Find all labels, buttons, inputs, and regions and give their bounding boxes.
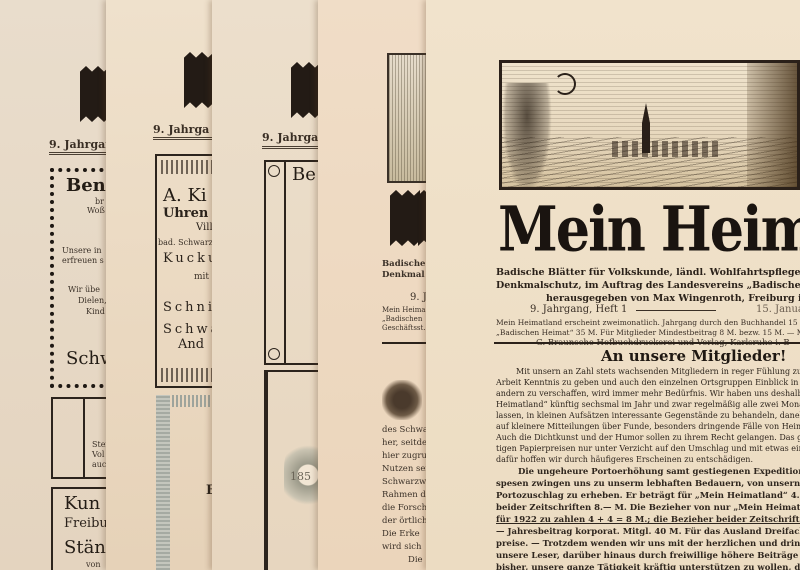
subtitle-line: Badische	[382, 259, 425, 269]
body-line: Auch die Dichtkunst und der Humor sollen…	[496, 433, 800, 442]
masthead-title: Mein Heimatland	[498, 192, 800, 266]
info-line: „Badischen	[382, 315, 422, 323]
masthead-fragment	[390, 190, 420, 246]
magazine-sheet-2: 9. Jahrga A. Ki Uhren Vill bad. Schwarzw…	[106, 0, 216, 570]
body-line: der örtlich	[382, 516, 428, 526]
ad-line: von	[86, 560, 101, 569]
ad-line: Freibur	[64, 516, 110, 531]
rule	[264, 370, 322, 373]
emblem-icon	[268, 348, 280, 360]
notice-line: spesen zwingen uns zu unserm lebhaften B…	[496, 479, 800, 489]
ad-line: Stän	[64, 537, 106, 558]
ad-line: Schwa	[163, 322, 216, 337]
body-line: tigen Papierpreisen nur unter Verzicht a…	[496, 444, 800, 453]
body-line: wird sich	[382, 542, 422, 552]
ad-line: erfreuen s	[62, 256, 104, 265]
magazine-sheet-4: Badische Denkmal 9. J Mein Heima „Badisc…	[318, 0, 430, 570]
body-line: Schwarzw	[382, 477, 426, 487]
landscape-illustration	[499, 60, 800, 190]
info-line: „Badischen Heimat“ 35 M. Für Mitglieder …	[496, 328, 800, 337]
info-line: Mein Heimatland erscheint zweimonatlich.…	[496, 318, 800, 327]
ad-line: Wir übe	[68, 285, 100, 294]
ad-line: Vol	[92, 450, 104, 459]
body-line: des Schwa	[382, 425, 428, 435]
rule	[153, 137, 216, 140]
ad-line: Vill	[196, 222, 213, 233]
ad-box	[264, 160, 322, 365]
subtitle-line: herausgegeben von Max Wingenroth, Freibu…	[546, 293, 800, 304]
body-line: Nutzen sei	[382, 464, 428, 474]
ad-line: Schw	[66, 348, 110, 369]
body-line: Die	[408, 555, 423, 565]
issue-label: 9. J	[410, 292, 427, 303]
willow-illustration	[747, 63, 797, 190]
body-line: dafür hoffen wir durch häufigeres Ersche…	[496, 455, 753, 464]
ad-line: Kun	[64, 493, 100, 514]
notice-line: bisher, unsere ganze Tätigkeit kräftig u…	[496, 563, 800, 570]
notice-line: preise. — Trotzdem wenden wir uns mit de…	[496, 539, 800, 549]
ad-line: Kucku	[163, 251, 216, 266]
double-rule	[264, 372, 268, 570]
issue-label: 9. Jahrga	[153, 123, 209, 136]
info-line: Geschäftsst.	[382, 324, 426, 332]
emblem-icon	[268, 165, 280, 177]
ad-line: br	[95, 197, 104, 206]
ad-title: Ben	[66, 175, 106, 196]
body-line: lassen, in kleinen Aufsätzen interessant…	[496, 411, 800, 420]
body-line: Mit unsern an Zahl stets wachsenden Mitg…	[516, 367, 800, 376]
section-heading: An unsere Mitglieder!	[601, 347, 786, 365]
ad-line: And	[178, 337, 204, 352]
subtitle-line: Denkmal	[382, 270, 425, 280]
ad-title: Be	[292, 164, 316, 185]
ad-line: Schni	[163, 300, 215, 315]
info-line: Mein Heima	[382, 306, 426, 314]
magazine-sheet-1: 9. Jahrgan Ben br Woß Unsere in erfreuen…	[0, 0, 110, 570]
magazine-sheet-3: 9. Jahrga Be 185	[212, 0, 322, 570]
notice-line: — Jahresbeitrag korporat. Mitgl. 40 M. F…	[496, 527, 800, 537]
body-line: auf kleinere Mitteilungen über Funde, be…	[496, 422, 800, 431]
ad-line: Dielen,	[78, 296, 107, 305]
notice-line: unsere Leser, darüber hinaus durch freiw…	[496, 551, 800, 561]
body-line: hier zugru	[382, 451, 427, 461]
ad-title: A. Ki	[163, 185, 207, 206]
subtitle-line: Denkmalschutz, im Auftrag des Landesvere…	[496, 280, 800, 291]
decorative-initial	[382, 380, 422, 420]
ad-line: Woß	[87, 206, 105, 215]
issue-label: 9. Jahrga	[262, 131, 318, 144]
ad-line: bad. Schwarzw	[158, 238, 216, 247]
body-line: Die Erke	[382, 529, 420, 539]
emblem-year: 185	[290, 470, 311, 483]
rule	[49, 152, 110, 155]
rule	[262, 146, 322, 149]
ad-line: Unsere in	[62, 246, 102, 255]
ad-line: Uhren	[163, 206, 208, 221]
body-line: her, seitde	[382, 438, 427, 448]
ornament-rule	[636, 310, 716, 311]
ad-line: mit	[194, 272, 209, 282]
body-line: Arbeit Kenntnis zu geben und auch den ei…	[496, 378, 800, 387]
masthead-fragment	[184, 52, 214, 108]
notice-line: beider Zeitschriften 8.— M. Die Bezieher…	[496, 503, 800, 513]
rule	[494, 342, 800, 344]
rule	[382, 342, 430, 344]
masthead-fragment	[291, 62, 321, 118]
issue-number: 9. Jahrgang, Heft 1	[530, 304, 627, 315]
body-line: die Forsch	[382, 503, 427, 513]
body-line: andern zu verschaffen, wird immer mehr B…	[496, 389, 800, 398]
moon-icon	[554, 73, 576, 95]
body-line: Rahmen d	[382, 490, 426, 500]
issue-date: 15. Januar	[756, 304, 800, 315]
header-illustration	[387, 53, 430, 183]
notice-line: Die ungeheure Portoerhöhung samt gestieg…	[518, 467, 800, 477]
notice-line: für 1922 zu zahlen 4 + 4 = 8 M.; die Bez…	[496, 515, 800, 525]
notice-line: Portozuschlag zu erheben. Er beträgt für…	[496, 491, 800, 501]
body-line: Heimatland“ künftig sechsmal im Jahr und…	[496, 400, 800, 409]
ad-line: Kind	[86, 307, 105, 316]
subtitle-line: Badische Blätter für Volkskunde, ländl. …	[496, 267, 800, 278]
issue-label: 9. Jahrgan	[49, 138, 110, 151]
hatched-border	[156, 395, 170, 570]
magazine-sheet-front: Mein Heimatland Badische Blätter für Vol…	[426, 0, 800, 570]
